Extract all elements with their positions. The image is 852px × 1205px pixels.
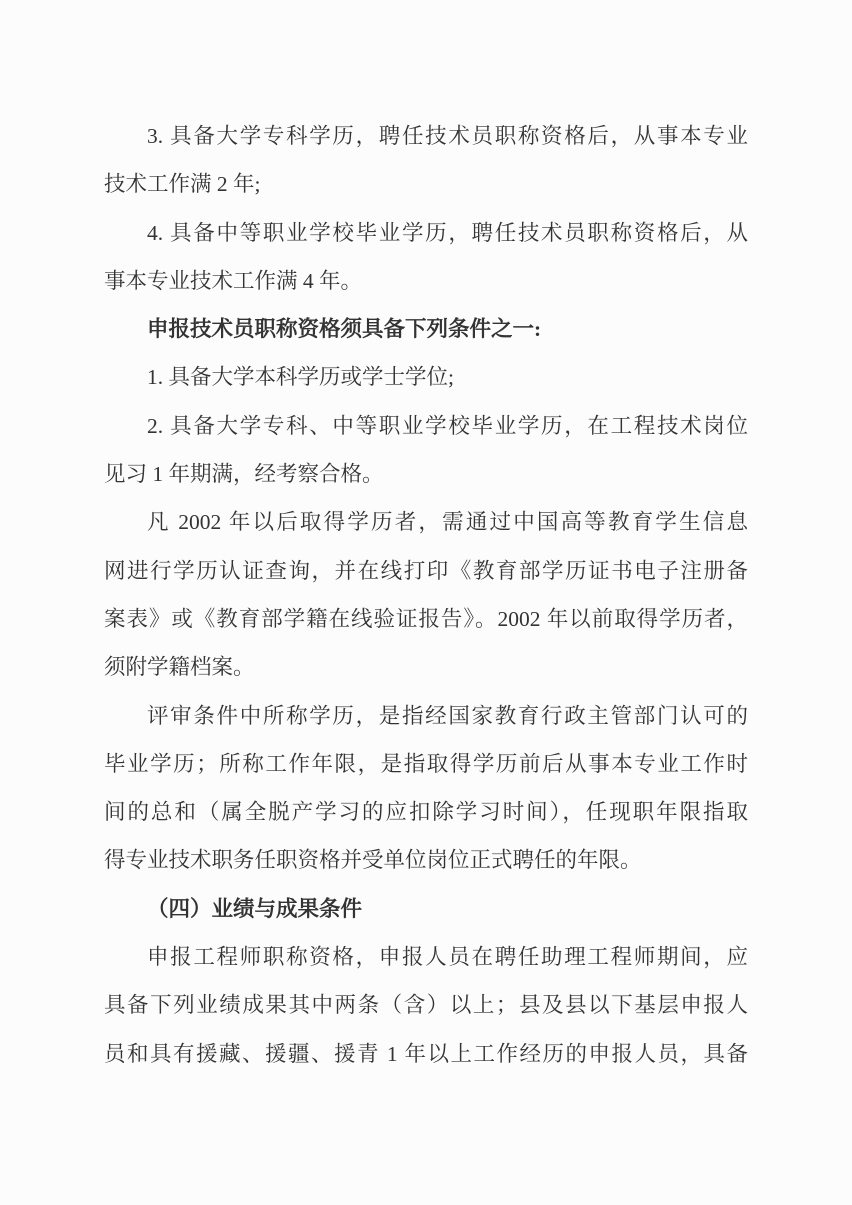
para-2002-credential-verification: 凡 2002 年以后取得学历者，需通过中国高等教育学生信息网进行学历认证查询，并… [104, 498, 748, 691]
text-line: 2. 具备大学专科、中等职业学校毕业学历，在工程技术岗位 [104, 402, 748, 450]
text-line: 4. 具备中等职业学校毕业学历，聘任技术员职称资格后，从 [104, 209, 748, 257]
text-line: 评审条件中所称学历，是指经国家教育行政主管部门认可的 [104, 692, 748, 740]
text-line: 得专业技术职务任职资格并受单位岗位正式聘任的年限。 [104, 836, 748, 884]
text-line: 申报工程师职称资格，申报人员在聘任助理工程师期间，应 [104, 933, 748, 981]
item-2-probation: 2. 具备大学专科、中等职业学校毕业学历，在工程技术岗位见习 1 年期满，经考察… [104, 402, 748, 499]
heading-section-4-achievements: （四）业绩与成果条件 [104, 885, 748, 933]
text-line: 须附学籍档案。 [104, 643, 748, 691]
text-line: 网进行学历认证查询，并在线打印《教育部学历证书电子注册备 [104, 547, 748, 595]
text-line: 事本专业技术工作满 4 年。 [104, 257, 748, 305]
text-line: 具备下列业绩成果其中两条（含）以上；县及县以下基层申报人 [104, 981, 748, 1029]
text-line: 申报技术员职称资格须具备下列条件之一: [104, 305, 748, 353]
heading-technician-requirements: 申报技术员职称资格须具备下列条件之一: [104, 305, 748, 353]
text-line: 毕业学历；所称工作年限，是指取得学历前后从事本专业工作时 [104, 740, 748, 788]
para-engineer-achievement-requirements: 申报工程师职称资格，申报人员在聘任助理工程师期间，应具备下列业绩成果其中两条（含… [104, 933, 748, 1078]
clause-4-secondary-school: 4. 具备中等职业学校毕业学历，聘任技术员职称资格后，从事本专业技术工作满 4 … [104, 209, 748, 306]
document-text-block: 3. 具备大学专科学历，聘任技术员职称资格后，从事本专业技术工作满 2 年;4.… [104, 112, 748, 1078]
text-line: 见习 1 年期满，经考察合格。 [104, 450, 748, 498]
text-line: 员和具有援藏、援疆、援青 1 年以上工作经历的申报人员，具备 [104, 1030, 748, 1078]
clause-3-college-diploma: 3. 具备大学专科学历，聘任技术员职称资格后，从事本专业技术工作满 2 年; [104, 112, 748, 209]
text-line: 案表》或《教育部学籍在线验证报告》。2002 年以前取得学历者， [104, 595, 748, 643]
text-line: 1. 具备大学本科学历或学士学位; [104, 353, 748, 401]
text-line: （四）业绩与成果条件 [104, 885, 748, 933]
document-page: 3. 具备大学专科学历，聘任技术员职称资格后，从事本专业技术工作满 2 年;4.… [0, 0, 852, 1205]
text-line: 凡 2002 年以后取得学历者，需通过中国高等教育学生信息 [104, 498, 748, 546]
text-line: 技术工作满 2 年; [104, 160, 748, 208]
item-1-bachelor-degree: 1. 具备大学本科学历或学士学位; [104, 353, 748, 401]
text-line: 间的总和（属全脱产学习的应扣除学习时间），任现职年限指取 [104, 788, 748, 836]
para-definitions-of-terms: 评审条件中所称学历，是指经国家教育行政主管部门认可的毕业学历；所称工作年限，是指… [104, 692, 748, 885]
text-line: 3. 具备大学专科学历，聘任技术员职称资格后，从事本专业 [104, 112, 748, 160]
